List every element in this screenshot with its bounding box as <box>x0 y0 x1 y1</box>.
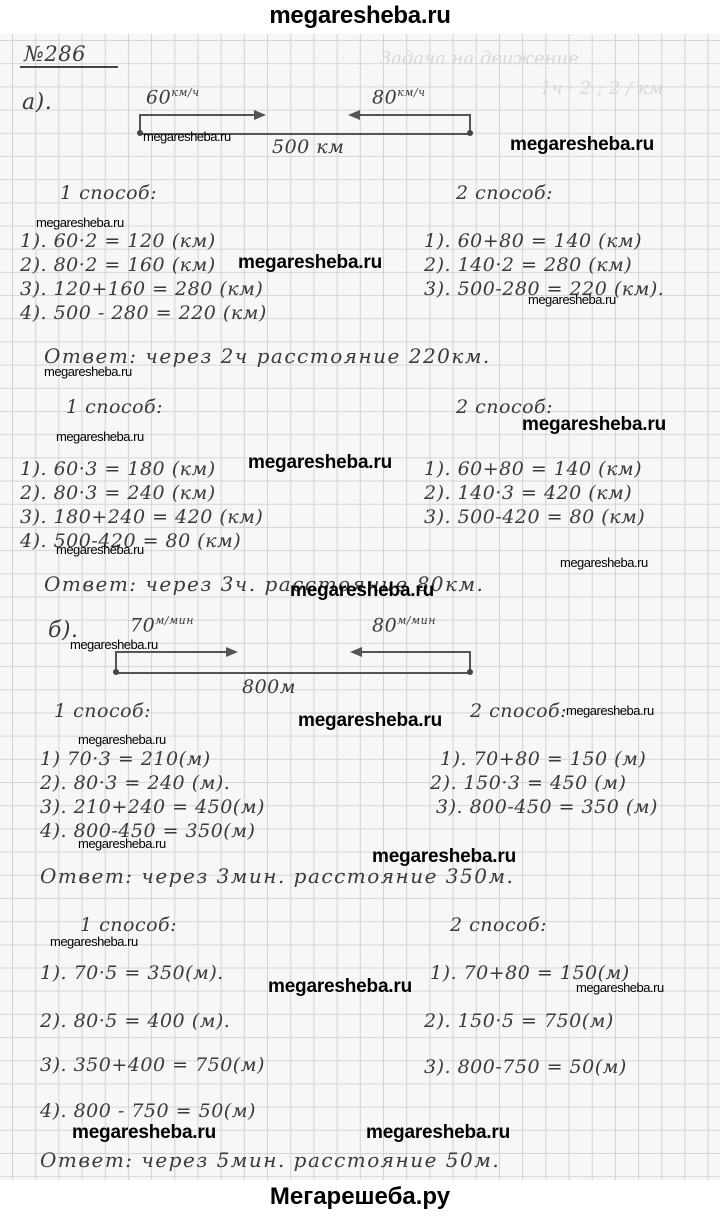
left-arrow-line <box>140 114 256 116</box>
method2-title: 2 способ: <box>450 914 547 936</box>
watermark: megaresheba.ru <box>576 980 664 995</box>
arrow-left-icon <box>348 110 360 120</box>
step: 3). 800-450 = 350 (м) <box>436 796 658 818</box>
speed-unit: м/мин <box>155 614 194 627</box>
answer: Ответ: через 5мин. расстояние 50м. <box>40 1148 500 1172</box>
notebook-page: Задача на движение 1ч · 2 ; 2 / км №286 … <box>0 34 720 1180</box>
part-b-right-speed: 80м/мин <box>372 614 436 636</box>
step: 1). 70·5 = 350(м). <box>40 962 224 984</box>
arrow-right-icon <box>226 647 238 657</box>
step: 2). 80·5 = 400 (м). <box>40 1010 230 1032</box>
title-underline <box>20 66 118 68</box>
part-a-distance: 500 км <box>272 136 344 158</box>
bleed-through-text: 1ч · 2 ; 2 / км <box>540 78 663 99</box>
part-a-left-speed: 60км/ч <box>146 86 199 108</box>
speed-unit: м/мин <box>397 614 436 627</box>
watermark: megaresheba.ru <box>298 710 442 732</box>
step: 2). 80·3 = 240 (км) <box>20 482 216 504</box>
watermark: megaresheba.ru <box>366 1122 510 1144</box>
speed-value: 70 <box>130 614 155 636</box>
part-b-distance: 800м <box>242 676 296 698</box>
start-point-icon <box>113 669 119 675</box>
method1-title: 1 способ: <box>54 700 151 722</box>
end-point-icon <box>467 130 473 136</box>
right-arrow-line <box>362 651 470 653</box>
watermark: megaresheba.ru <box>560 555 648 570</box>
watermark: megaresheba.ru <box>70 637 158 652</box>
watermark: megaresheba.ru <box>290 580 434 602</box>
watermark: megaresheba.ru <box>50 934 138 949</box>
watermark: megaresheba.ru <box>44 364 132 379</box>
step: 3). 800-750 = 50(м) <box>424 1056 627 1078</box>
step: 1) 70·3 = 210(м) <box>40 748 211 770</box>
watermark: megaresheba.ru <box>510 134 654 156</box>
watermark: megaresheba.ru <box>372 846 516 868</box>
step: 2). 140·2 = 280 (км) <box>424 254 632 276</box>
step: 2). 150·3 = 450 (м) <box>430 772 626 794</box>
watermark: megaresheba.ru <box>78 836 166 851</box>
watermark: megaresheba.ru <box>72 1122 216 1144</box>
arrow-right-icon <box>254 110 266 120</box>
watermark: megaresheba.ru <box>268 976 412 998</box>
distance-line <box>116 672 470 674</box>
method2-title: 2 способ: <box>456 182 553 204</box>
step: 4). 500 - 280 = 220 (км) <box>20 302 267 324</box>
part-a-label: а). <box>22 90 52 115</box>
watermark: megaresheba.ru <box>78 732 166 747</box>
watermark: megaresheba.ru <box>522 414 666 436</box>
site-header: megaresheba.ru <box>0 0 720 34</box>
step: 3). 210+240 = 450(м) <box>40 796 265 818</box>
bleed-through-text: Задача на движение <box>380 48 579 69</box>
problem-number: №286 <box>24 42 86 66</box>
step: 2). 150·5 = 750(м) <box>424 1010 614 1032</box>
part-a-right-speed: 80км/ч <box>372 86 425 108</box>
step: 3). 350+400 = 750(м) <box>40 1054 265 1076</box>
watermark: megaresheba.ru <box>248 452 392 474</box>
step: 1). 60·2 = 120 (км) <box>20 230 216 252</box>
step: 4). 800 - 750 = 50(м) <box>40 1100 256 1122</box>
right-arrow-line <box>360 114 470 116</box>
watermark: megaresheba.ru <box>143 129 231 144</box>
watermark: megaresheba.ru <box>528 292 616 307</box>
speed-value: 80 <box>372 614 397 636</box>
step: 1). 70+80 = 150 (м) <box>440 748 646 770</box>
arrow-left-icon <box>350 647 362 657</box>
method1-title: 1 способ: <box>66 396 163 418</box>
speed-value: 60 <box>146 86 171 108</box>
step: 1). 60+80 = 140 (км) <box>424 458 642 480</box>
watermark: megaresheba.ru <box>56 429 144 444</box>
site-footer: Мегарешеба.ру <box>0 1180 720 1219</box>
step: 3). 500-420 = 80 (км) <box>424 506 645 528</box>
step: 2). 80·3 = 240 (м). <box>40 772 230 794</box>
watermark: megaresheba.ru <box>36 215 124 230</box>
speed-unit: км/ч <box>397 86 425 99</box>
watermark: megaresheba.ru <box>56 542 144 557</box>
step: 3). 180+240 = 420 (км) <box>20 506 263 528</box>
part-b-left-speed: 70м/мин <box>130 614 194 636</box>
step: 1). 60·3 = 180 (км) <box>20 458 216 480</box>
method1-title: 1 способ: <box>80 914 177 936</box>
speed-value: 80 <box>372 86 397 108</box>
watermark: megaresheba.ru <box>238 252 382 274</box>
method1-title: 1 способ: <box>60 182 157 204</box>
end-point-icon <box>467 669 473 675</box>
step: 3). 120+160 = 280 (км) <box>20 278 263 300</box>
method2-title: 2 способ: <box>470 700 567 722</box>
step: 2). 140·3 = 420 (км) <box>424 482 632 504</box>
speed-unit: км/ч <box>171 86 199 99</box>
watermark: megaresheba.ru <box>566 703 654 718</box>
step: 1). 60+80 = 140 (км) <box>424 230 642 252</box>
step: 2). 80·2 = 160 (км) <box>20 254 216 276</box>
